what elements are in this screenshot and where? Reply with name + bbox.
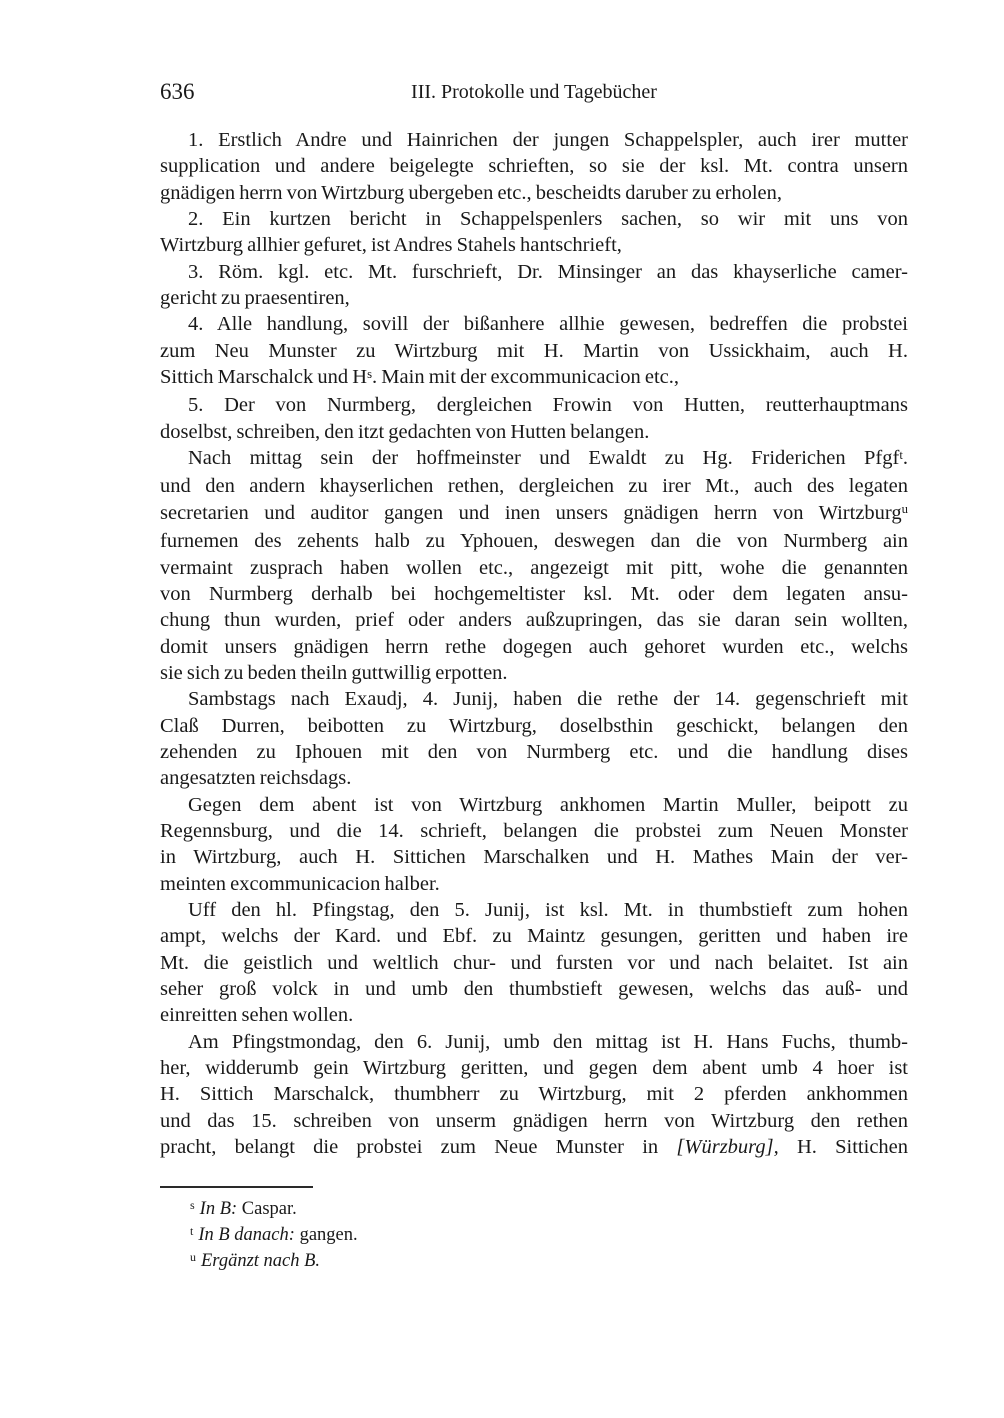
text-line: Regennsburg, und die 14. schrieft, belan…	[160, 818, 908, 844]
text-line: pracht, belangt die probstei zum Neue Mu…	[160, 1134, 908, 1160]
text-line: und den andern khayserlichen rethen, der…	[160, 473, 908, 499]
text-segment: domit unsers gnädigen herrn rethe dogege…	[160, 636, 908, 658]
text-line: Mt. die geistlich und weltlich chur- und…	[160, 950, 908, 976]
text-line: supplication und andere beigelegte schri…	[160, 153, 908, 179]
text-segment: pracht, belangt die probstei zum Neue Mu…	[160, 1136, 676, 1158]
text-segment: Regennsburg, und die 14. schrieft, belan…	[160, 820, 908, 842]
text-segment: H. Sittichen	[779, 1136, 908, 1158]
text-line: gnädigen herrn von Wirtzburg ubergeben e…	[160, 180, 908, 206]
text-segment: Uff den hl. Pfingstag, den 5. Junij, ist…	[188, 899, 908, 921]
text-segment: und das 15. schreiben von unserm gnädige…	[160, 1110, 908, 1132]
running-title: III. Protokolle und Tagebücher	[160, 78, 908, 106]
page-number: 636	[160, 78, 195, 106]
paragraph: Sambstags nach Exaudj, 4. Junij, haben d…	[160, 686, 908, 791]
text-line: zum Neu Munster zu Wirtzburg mit H. Mart…	[160, 338, 908, 364]
text-line: Wirtzburg allhier gefuret, ist Andres St…	[160, 232, 908, 258]
text-segment: secretarien und auditor gangen und inen …	[160, 502, 902, 524]
text-segment: [Würzburg],	[676, 1136, 778, 1158]
text-segment: sie sich zu beden theiln guttwillig erpo…	[160, 662, 508, 684]
footnote-marker: t	[190, 1224, 193, 1238]
text-segment: ampt, welchs der Kard. und Ebf. zu Maint…	[160, 925, 908, 947]
text-segment: seher groß volck in und umb den thumbsti…	[160, 978, 908, 1000]
text-line: Claß Durren, beibotten zu Wirtzburg, dos…	[160, 713, 908, 739]
text-segment: H. Sittich Marschalck, thumbherr zu Wirt…	[160, 1083, 908, 1105]
footnote: sIn B: Caspar.	[160, 1197, 908, 1223]
text-line: doselbst, schreiben, den itzt gedachten …	[160, 419, 908, 445]
paragraph: 1. Erstlich Andre und Hainrichen der jun…	[160, 127, 908, 206]
text-segment: Wirtzburg allhier gefuret, ist Andres St…	[160, 234, 622, 256]
text-segment: doselbst, schreiben, den itzt gedachten …	[160, 421, 649, 443]
text-segment: angesatzten reichsdags.	[160, 767, 351, 789]
text-line: 4. Alle handlung, sovill der bißanhere a…	[160, 311, 908, 337]
body-text: 1. Erstlich Andre und Hainrichen der jun…	[160, 127, 908, 1160]
text-segment: einreitten sehen wollen.	[160, 1004, 353, 1026]
text-line: Sittich Marschalck und Hs. Main mit der …	[160, 364, 908, 392]
text-line: Am Pfingstmondag, den 6. Junij, umb den …	[160, 1029, 908, 1055]
text-line: zehenden zu Iphouen mit den von Nurmberg…	[160, 739, 908, 765]
paragraph: Gegen dem abent ist von Wirtzburg ankhom…	[160, 792, 908, 897]
text-segment: Sittich Marschalck und H	[160, 366, 367, 388]
text-segment: gericht zu praesentiren,	[160, 287, 350, 309]
page-header: 636 III. Protokolle und Tagebücher	[160, 78, 908, 106]
paragraph: 3. Röm. kgl. etc. Mt. furschrieft, Dr. M…	[160, 259, 908, 312]
text-segment: gangen.	[295, 1225, 358, 1245]
text-segment: gnädigen herrn von Wirtzburg ubergeben e…	[160, 182, 782, 204]
text-segment: In B:	[200, 1199, 238, 1219]
text-segment: . Main mit der excommunicacion etc.,	[372, 366, 679, 388]
text-line: Nach mittag sein der hoffmeinster und Ew…	[160, 445, 908, 473]
text-segment: 1. Erstlich Andre und Hainrichen der jun…	[188, 129, 908, 151]
footnotes-section: sIn B: Caspar.tIn B danach: gangen.uErgä…	[160, 1186, 908, 1274]
text-segment: Nach mittag sein der hoffmeinster und Ew…	[188, 447, 899, 469]
footnote-list: sIn B: Caspar.tIn B danach: gangen.uErgä…	[160, 1197, 908, 1274]
footnote-marker: u	[190, 1250, 196, 1264]
paragraph: 5. Der von Nurmberg, dergleichen Frowin …	[160, 392, 908, 445]
text-segment: von Nurmberg derhalb bei hochgemeltister…	[160, 583, 908, 605]
text-segment: 5. Der von Nurmberg, dergleichen Frowin …	[188, 394, 908, 416]
text-line: 1. Erstlich Andre und Hainrichen der jun…	[160, 127, 908, 153]
text-segment: Mt. die geistlich und weltlich chur- und…	[160, 952, 908, 974]
text-segment: 4. Alle handlung, sovill der bißanhere a…	[188, 313, 908, 335]
text-segment: .	[903, 447, 908, 469]
text-line: her, widderumb gein Wirtzburg geritten, …	[160, 1055, 908, 1081]
footnote-reference: s	[367, 367, 372, 381]
text-line: von Nurmberg derhalb bei hochgemeltister…	[160, 581, 908, 607]
text-segment: In B danach:	[198, 1225, 295, 1245]
text-line: meinten excommunicacion halber.	[160, 871, 908, 897]
text-line: 5. Der von Nurmberg, dergleichen Frowin …	[160, 392, 908, 418]
text-segment: Ergänzt nach B.	[201, 1251, 320, 1271]
footnote-reference: u	[902, 502, 908, 516]
footnote-reference: t	[899, 448, 903, 462]
text-line: Gegen dem abent ist von Wirtzburg ankhom…	[160, 792, 908, 818]
footnote: tIn B danach: gangen.	[160, 1223, 908, 1249]
text-line: domit unsers gnädigen herrn rethe dogege…	[160, 634, 908, 660]
text-segment: supplication und andere beigelegte schri…	[160, 155, 908, 177]
text-line: ampt, welchs der Kard. und Ebf. zu Maint…	[160, 923, 908, 949]
text-segment: und den andern khayserlichen rethen, der…	[160, 475, 908, 497]
text-line: secretarien und auditor gangen und inen …	[160, 500, 908, 528]
text-line: Sambstags nach Exaudj, 4. Junij, haben d…	[160, 686, 908, 712]
paragraph: Uff den hl. Pfingstag, den 5. Junij, ist…	[160, 897, 908, 1029]
text-line: chung thun wurden, prief oder anders auß…	[160, 607, 908, 633]
text-segment: furnemen des zehents halb zu Yphouen, de…	[160, 530, 908, 552]
text-segment: zehenden zu Iphouen mit den von Nurmberg…	[160, 741, 908, 763]
footnote: uErgänzt nach B.	[160, 1249, 908, 1275]
text-segment: Claß Durren, beibotten zu Wirtzburg, dos…	[160, 715, 908, 737]
text-line: seher groß volck in und umb den thumbsti…	[160, 976, 908, 1002]
text-line: vermaint zusprach haben wollen etc., ang…	[160, 555, 908, 581]
text-line: Uff den hl. Pfingstag, den 5. Junij, ist…	[160, 897, 908, 923]
book-page: 636 III. Protokolle und Tagebücher 1. Er…	[0, 0, 1004, 1418]
text-line: gericht zu praesentiren,	[160, 285, 908, 311]
text-line: angesatzten reichsdags.	[160, 765, 908, 791]
text-segment: 2. Ein kurtzen bericht in Schappelspenle…	[188, 208, 908, 230]
paragraph: Am Pfingstmondag, den 6. Junij, umb den …	[160, 1029, 908, 1161]
text-segment: 3. Röm. kgl. etc. Mt. furschrieft, Dr. M…	[188, 261, 908, 283]
paragraph: 4. Alle handlung, sovill der bißanhere a…	[160, 311, 908, 392]
text-line: und das 15. schreiben von unserm gnädige…	[160, 1108, 908, 1134]
text-segment: Caspar.	[237, 1199, 297, 1219]
text-segment: her, widderumb gein Wirtzburg geritten, …	[160, 1057, 908, 1079]
text-segment: in Wirtzburg, auch H. Sittichen Marschal…	[160, 846, 908, 868]
text-line: 2. Ein kurtzen bericht in Schappelspenle…	[160, 206, 908, 232]
text-line: furnemen des zehents halb zu Yphouen, de…	[160, 528, 908, 554]
text-segment: zum Neu Munster zu Wirtzburg mit H. Mart…	[160, 340, 908, 362]
text-line: H. Sittich Marschalck, thumbherr zu Wirt…	[160, 1081, 908, 1107]
text-segment: Gegen dem abent ist von Wirtzburg ankhom…	[188, 794, 908, 816]
text-line: in Wirtzburg, auch H. Sittichen Marschal…	[160, 844, 908, 870]
text-line: sie sich zu beden theiln guttwillig erpo…	[160, 660, 908, 686]
paragraph: 2. Ein kurtzen bericht in Schappelspenle…	[160, 206, 908, 259]
footnote-separator-rule	[160, 1186, 313, 1188]
text-line: einreitten sehen wollen.	[160, 1002, 908, 1028]
text-segment: Sambstags nach Exaudj, 4. Junij, haben d…	[188, 688, 908, 710]
text-line: 3. Röm. kgl. etc. Mt. furschrieft, Dr. M…	[160, 259, 908, 285]
footnote-marker: s	[190, 1198, 195, 1212]
text-segment: Am Pfingstmondag, den 6. Junij, umb den …	[188, 1031, 908, 1053]
paragraph: Nach mittag sein der hoffmeinster und Ew…	[160, 445, 908, 686]
text-segment: chung thun wurden, prief oder anders auß…	[160, 609, 908, 631]
text-segment: vermaint zusprach haben wollen etc., ang…	[160, 557, 908, 579]
text-segment: meinten excommunicacion halber.	[160, 873, 440, 895]
